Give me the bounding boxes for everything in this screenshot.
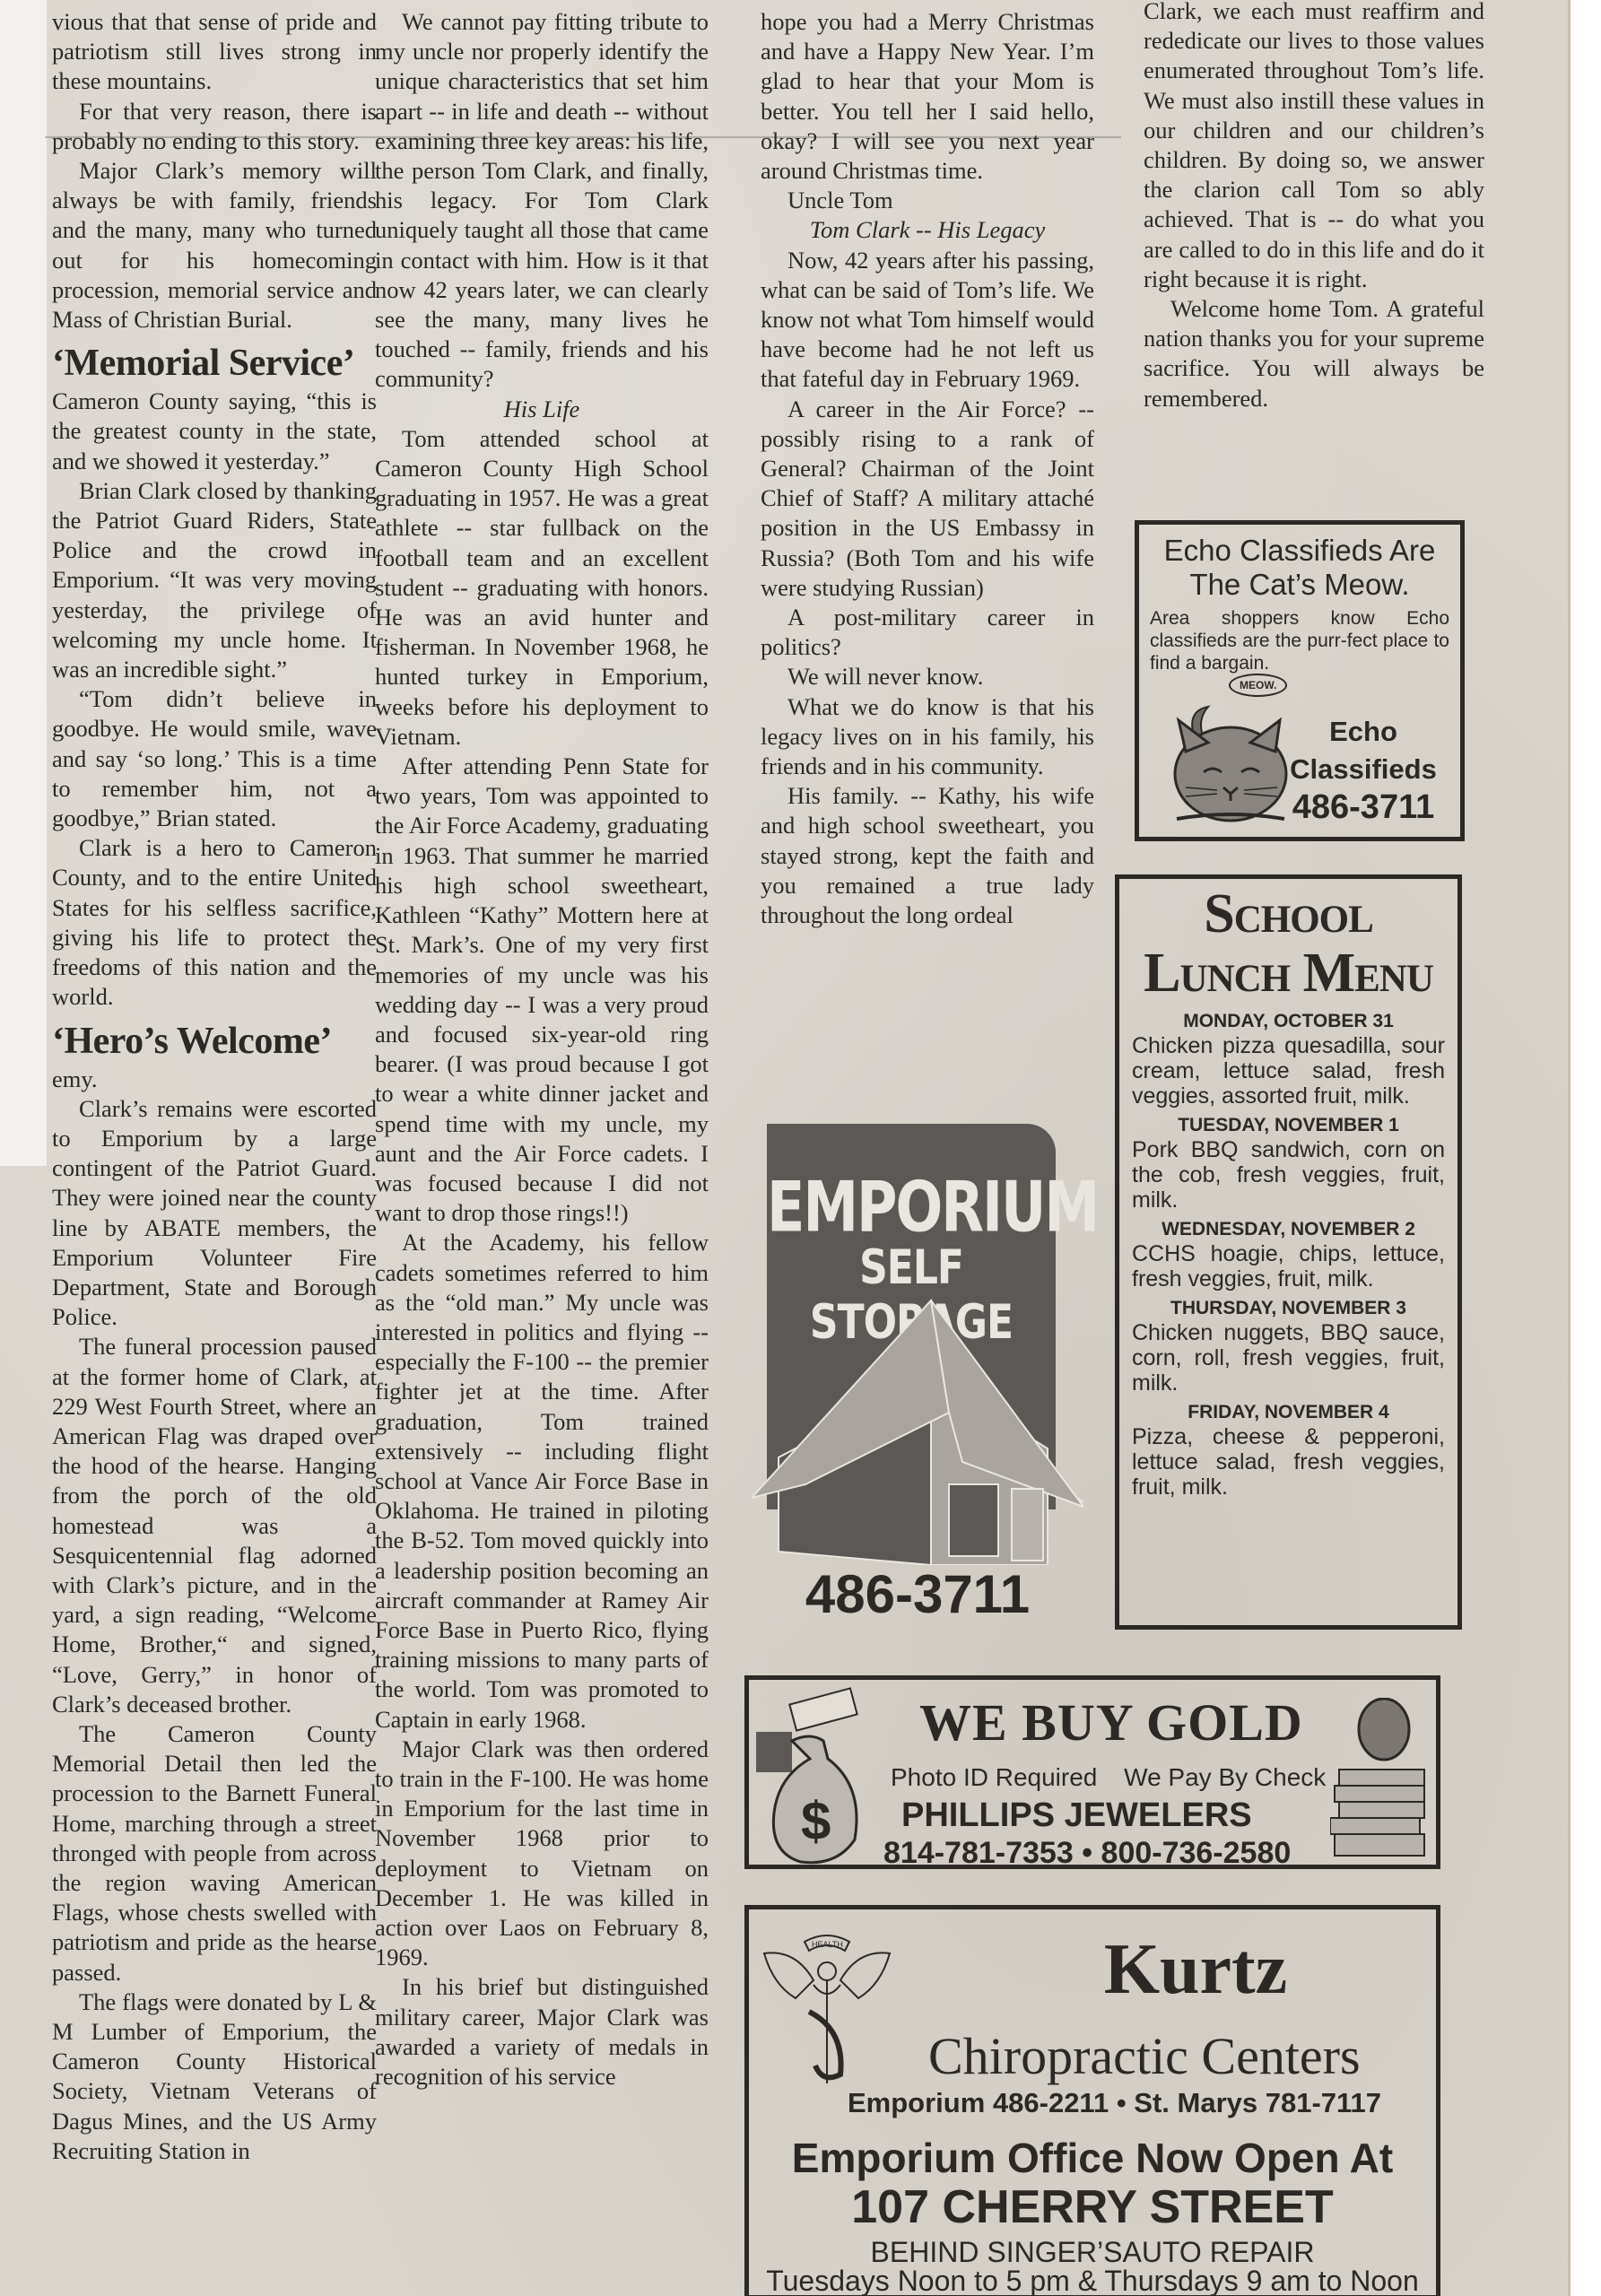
- page-margin: [0, 0, 47, 1166]
- section-heading-heros-welcome: ‘Hero’s Welcome’: [52, 1018, 377, 1065]
- day-menu: Chicken nuggets, BBQ sauce, corn, roll, …: [1132, 1320, 1445, 1396]
- menu-title-line-2: Lunch Menu: [1132, 942, 1445, 1004]
- paragraph: A career in the Air Force? -- possibly r…: [761, 395, 1094, 603]
- article-column-4: Clark, we each must reaffirm and rededic…: [1144, 0, 1484, 413]
- menu-day: MONDAY, OCTOBER 31 Chicken pizza quesadi…: [1132, 1010, 1445, 1109]
- gold-notes: Photo ID Required We Pay By Check: [891, 1763, 1345, 1792]
- gold-business-name: PHILLIPS JEWELERS: [901, 1796, 1252, 1835]
- paragraph: Tom attended school at Cameron County Hi…: [375, 424, 709, 752]
- echo-classifieds-ad: Echo Classifieds Are The Cat’s Meow. Are…: [1135, 520, 1465, 841]
- day-menu: Pizza, cheese & pepperoni, lettuce salad…: [1132, 1424, 1445, 1500]
- day-label: FRIDAY, NOVEMBER 4: [1132, 1401, 1445, 1424]
- paragraph: Brian Clark closed by thanking the Patri…: [52, 476, 377, 684]
- paragraph: Clark is a hero to Cameron County, and t…: [52, 833, 377, 1012]
- business-name-line-1: Echo: [1283, 713, 1444, 751]
- paragraph: hope you had a Merry Christmas and have …: [761, 7, 1094, 186]
- paragraph: We cannot pay fitting tribute to my uncl…: [375, 7, 709, 395]
- kurtz-address: 107 CHERRY STREET: [749, 2180, 1436, 2234]
- menu-day: WEDNESDAY, NOVEMBER 2 CCHS hoagie, chips…: [1132, 1218, 1445, 1291]
- note-photo-id: Photo ID Required: [891, 1763, 1097, 1791]
- paragraph: Major Clark was then ordered to train in…: [375, 1735, 709, 1973]
- paragraph: The funeral procession paused at the for…: [52, 1332, 377, 1719]
- subheading-his-legacy: Tom Clark -- His Legacy: [761, 215, 1094, 245]
- ad-business-name: Echo Classifieds 486-3711: [1283, 713, 1444, 826]
- storage-building-icon: [752, 1296, 1083, 1565]
- paragraph: Clark’s remains were escorted to Emporiu…: [52, 1094, 377, 1333]
- emporium-self-storage-ad: EMPORIUM SELF STORAGE 486-3711: [752, 1117, 1083, 1628]
- subheading-his-life: His Life: [375, 395, 709, 424]
- kurtz-phones: Emporium 486-2211 • St. Marys 781-7117: [848, 2087, 1381, 2119]
- menu-day: TUESDAY, NOVEMBER 1 Pork BBQ sandwich, c…: [1132, 1114, 1445, 1213]
- paragraph: Welcome home Tom. A grateful nation than…: [1144, 294, 1484, 413]
- day-label: THURSDAY, NOVEMBER 3: [1132, 1297, 1445, 1320]
- ad-headline: Echo Classifieds Are The Cat’s Meow.: [1150, 534, 1449, 602]
- article-column-2: We cannot pay fitting tribute to my uncl…: [375, 7, 709, 2092]
- we-buy-gold-ad: $ WE BUY GOLD Photo ID Required We Pay B…: [744, 1675, 1440, 1869]
- school-lunch-menu: School Lunch Menu MONDAY, OCTOBER 31 Chi…: [1115, 874, 1462, 1630]
- paragraph: In his brief but distinguished military …: [375, 1972, 709, 2092]
- paragraph: Major Clark’s memory will always be with…: [52, 156, 377, 335]
- paragraph: vious that that sense of pride and patri…: [52, 7, 377, 97]
- kurtz-subtitle: Chiropractic Centers: [928, 2026, 1361, 2086]
- paragraph: emy.: [52, 1065, 377, 1094]
- paragraph: A post-military career in politics?: [761, 603, 1094, 662]
- menu-day: FRIDAY, NOVEMBER 4 Pizza, cheese & peppe…: [1132, 1401, 1445, 1500]
- note-pay-by-check: We Pay By Check: [1124, 1763, 1326, 1791]
- paragraph: We will never know.: [761, 662, 1094, 691]
- kurtz-name: Kurtz: [749, 1929, 1445, 2011]
- day-label: WEDNESDAY, NOVEMBER 2: [1132, 1218, 1445, 1241]
- paragraph: What we do know is that his legacy lives…: [761, 692, 1094, 782]
- day-menu: CCHS hoagie, chips, lettuce, fresh veggi…: [1132, 1241, 1445, 1291]
- paragraph: Now, 42 years after his passing, what ca…: [761, 246, 1094, 395]
- day-label: MONDAY, OCTOBER 31: [1132, 1010, 1445, 1033]
- ad-body: Area shoppers know Echo classifieds are …: [1150, 607, 1449, 674]
- storage-title: EMPORIUM: [767, 1166, 1056, 1248]
- paragraph: Cameron County saying, “this is the grea…: [52, 387, 377, 476]
- paragraph: After attending Penn State for two years…: [375, 752, 709, 1228]
- paragraph: “Tom didn’t believe in goodbye. He would…: [52, 684, 377, 833]
- paragraph: At the Academy, his fellow cadets someti…: [375, 1228, 709, 1734]
- paragraph: For that very reason, there is probably …: [52, 97, 377, 156]
- gold-phones: 814-781-7353 • 800-736-2580: [883, 1836, 1291, 1871]
- paragraph: His family. -- Kathy, his wife and high …: [761, 781, 1094, 930]
- speech-bubble: MEOW.: [1229, 674, 1287, 697]
- svg-text:$: $: [801, 1791, 831, 1851]
- paragraph: The Cameron County Memorial Detail then …: [52, 1719, 377, 1987]
- phone-number: 486-3711: [1283, 788, 1444, 826]
- menu-title-line-1: School: [1132, 883, 1445, 945]
- article-column-3: hope you had a Merry Christmas and have …: [761, 7, 1094, 930]
- kurtz-hours: Tuesdays Noon to 5 pm & Thursdays 9 am t…: [749, 2265, 1436, 2296]
- newspaper-page: vious that that sense of pride and patri…: [0, 0, 1571, 2296]
- money-bag-icon: $: [756, 1687, 891, 1866]
- business-name-line-2: Classifieds: [1283, 751, 1444, 788]
- kurtz-chiropractic-ad: HEALTH Kurtz Chiropractic Centers Empori…: [744, 1905, 1440, 2296]
- letter-signature: Uncle Tom: [761, 186, 1094, 215]
- section-heading-memorial-service: ‘Memorial Service’: [52, 340, 377, 387]
- article-column-1: vious that that sense of pride and patri…: [52, 7, 377, 2166]
- menu-day: THURSDAY, NOVEMBER 3 Chicken nuggets, BB…: [1132, 1297, 1445, 1396]
- paragraph: The flags were donated by L & M Lumber o…: [52, 1987, 377, 2166]
- cat-icon: [1159, 702, 1293, 828]
- gold-headline: WE BUY GOLD: [919, 1692, 1303, 1752]
- day-menu: Pork BBQ sandwich, corn on the cob, fres…: [1132, 1137, 1445, 1213]
- kurtz-open-notice: Emporium Office Now Open At: [749, 2134, 1436, 2182]
- storage-phone: 486-3711: [752, 1563, 1083, 1625]
- day-label: TUESDAY, NOVEMBER 1: [1132, 1114, 1445, 1137]
- day-menu: Chicken pizza quesadilla, sour cream, le…: [1132, 1033, 1445, 1109]
- paragraph: Clark, we each must reaffirm and rededic…: [1144, 0, 1484, 294]
